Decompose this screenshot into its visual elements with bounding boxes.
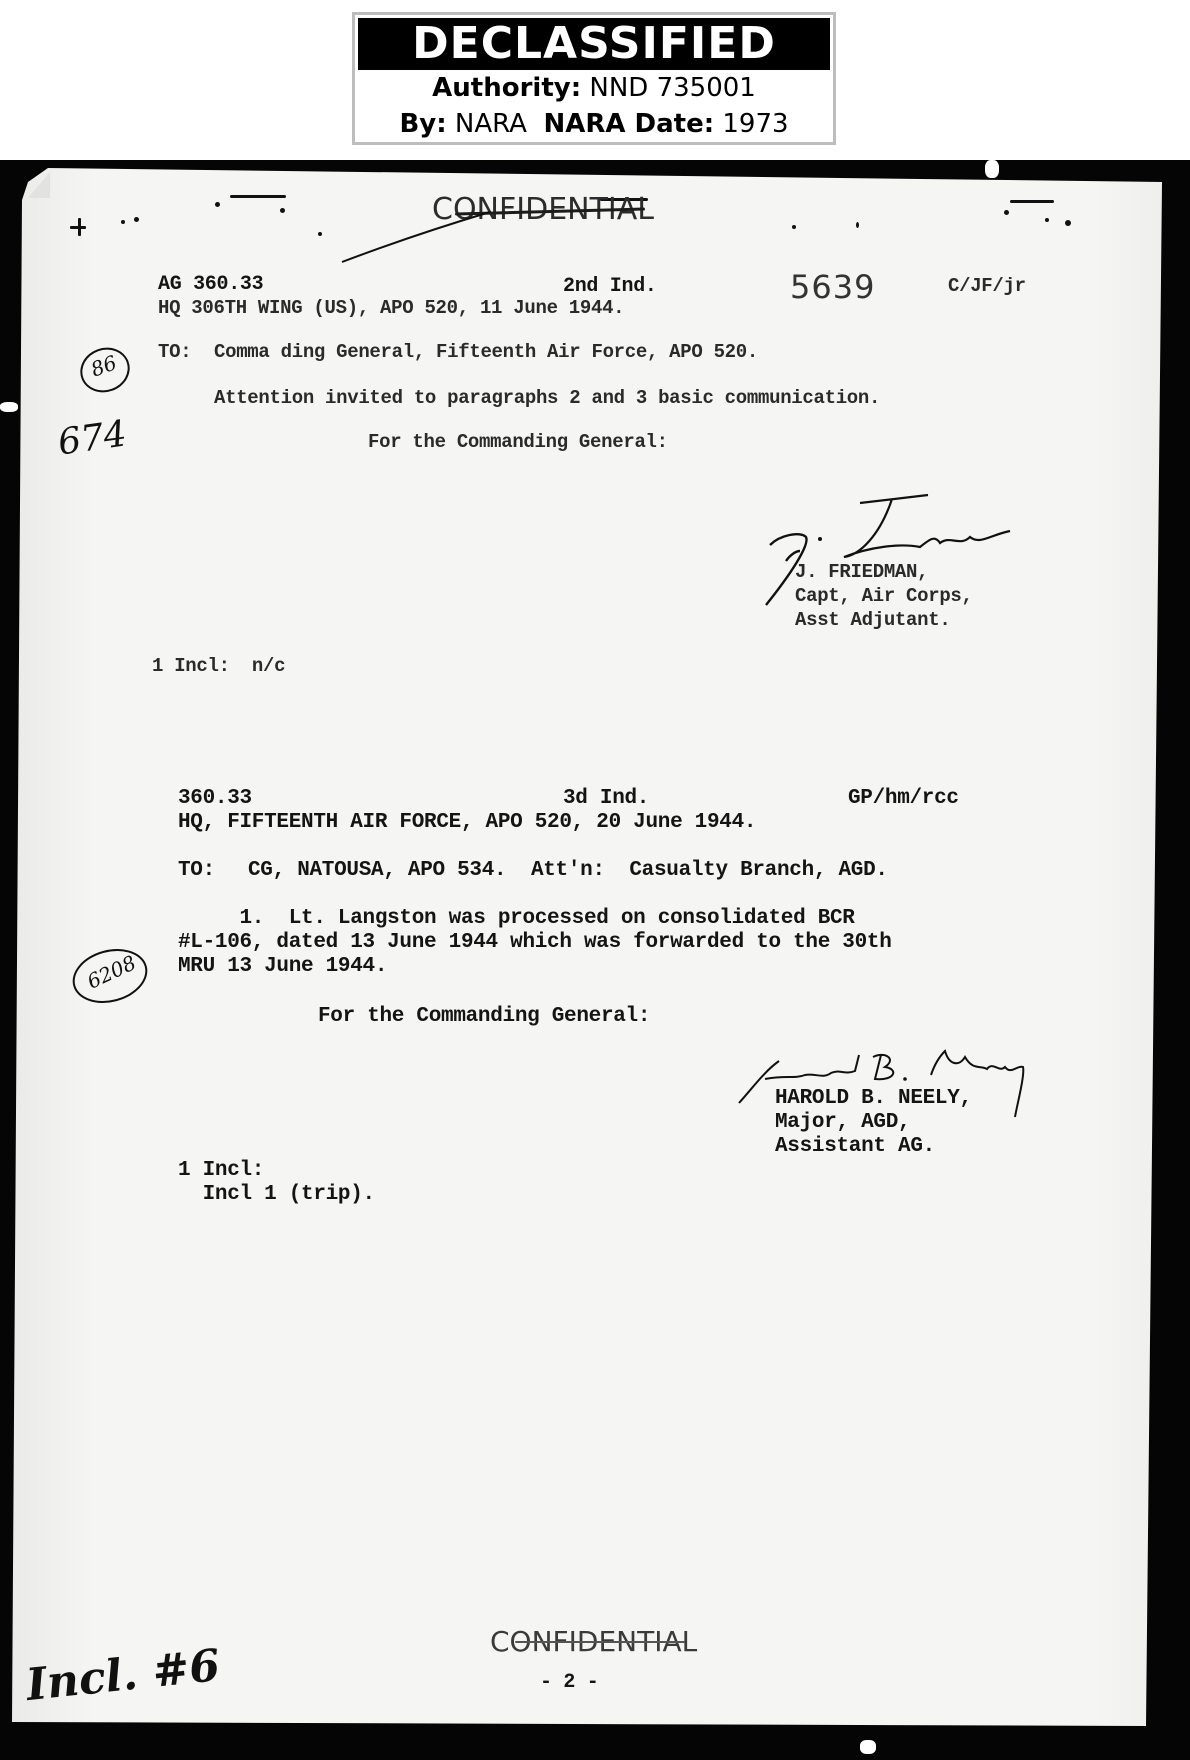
paragraph-line: 1. Lt. Langston was processed on consoli… (178, 906, 855, 931)
pen-stroke (340, 210, 540, 270)
speck (1065, 220, 1071, 226)
punch-mark (230, 195, 286, 198)
paragraph-line: MRU 13 June 1944. (178, 954, 387, 979)
for-commanding-general: For the Commanding General: (318, 1004, 650, 1029)
for-commanding-general: For the Commanding General: (368, 430, 668, 455)
signer-title: Assistant AG. (775, 1134, 935, 1159)
scan-artifact (0, 402, 18, 412)
scan-artifact (860, 1740, 876, 1754)
signer-title: Asst Adjutant. (795, 608, 950, 633)
file-reference: 360.33 (178, 786, 252, 811)
speck (121, 220, 125, 224)
declassified-stamp: DECLASSIFIED Authority: NND 735001 By: N… (352, 12, 836, 145)
punch-mark (1010, 200, 1054, 203)
indorsement-header: HQ, FIFTEENTH AIR FORCE, APO 520, 20 Jun… (178, 810, 756, 835)
speck (1004, 210, 1009, 215)
paragraph-line: #L-106, dated 13 June 1944 which was for… (178, 930, 892, 955)
indorsement-number: 3d Ind. (563, 786, 649, 811)
to-label: TO: (178, 858, 215, 883)
stamp-title: DECLASSIFIED (358, 18, 830, 70)
indorsement-header: HQ 306TH WING (US), APO 520, 11 June 194… (158, 296, 624, 321)
speck (134, 217, 139, 222)
stamp-by-date: By: NARA NARA Date: 1973 (355, 106, 833, 142)
speck (792, 225, 796, 229)
speck (280, 208, 285, 213)
signer-name: HAROLD B. NEELY, (775, 1086, 972, 1111)
inclosure-item: Incl 1 (trip). (178, 1182, 375, 1207)
inclosure-note: 1 Incl: n/c (152, 654, 285, 679)
speck (318, 232, 322, 236)
speck (70, 226, 86, 229)
scan-artifact (985, 160, 999, 178)
signer-name: J. FRIEDMAN, (795, 560, 928, 585)
file-reference: AG 360.33 (158, 272, 263, 297)
typist-initials: C/JF/jr (948, 274, 1026, 299)
scanned-page: CONFIDENTIAL 5639 AG 360.33 2nd Ind. C/J… (0, 160, 1190, 1760)
signer-rank: Major, AGD, (775, 1110, 910, 1135)
stamped-number: 5639 (790, 268, 875, 306)
page-number: - 2 - (540, 1670, 599, 1695)
indorsement-body: Attention invited to paragraphs 2 and 3 … (214, 386, 880, 411)
addressee: Comma ding General, Fifteenth Air Force,… (214, 340, 758, 365)
classification-strikethrough (515, 1641, 685, 1643)
speck (1045, 218, 1049, 222)
speck (215, 202, 220, 207)
to-label: TO: (158, 340, 191, 365)
stamp-authority: Authority: NND 735001 (355, 70, 833, 106)
signer-rank: Capt, Air Corps, (795, 584, 973, 609)
inclosure-heading: 1 Incl: (178, 1158, 264, 1183)
speck (856, 222, 859, 228)
typist-initials: GP/hm/rcc (848, 786, 959, 811)
addressee: CG, NATOUSA, APO 534. Att'n: Casualty Br… (248, 858, 888, 883)
